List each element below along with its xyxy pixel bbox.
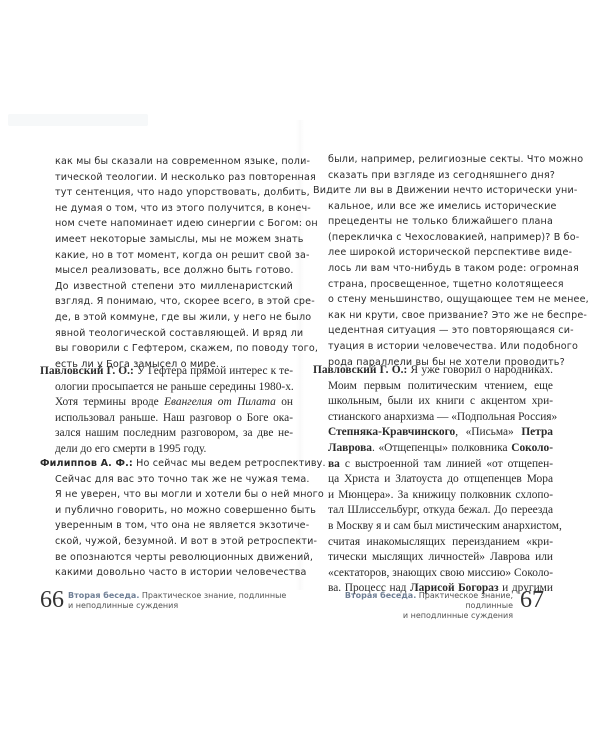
text-line: как мы бы сказали на современном языке, … [55,154,293,170]
text-span: Я уже говорил о народниках. [407,364,553,376]
running-title: Практическое знание, подлинные [416,591,513,610]
text-line: ном счете напоминает идею синергии с Бог… [55,216,293,232]
running-title: и неподлинные суждения [68,601,286,611]
text-line: страна, просвещенное, тщетно колотящееся [328,277,553,293]
italic-title: Евангелия от Пилата [164,396,276,408]
text-line: ва с выстроенной там линией «от отщепен- [328,457,553,473]
text-line: тической теологии. И несколько раз повто… [55,170,293,186]
text-span: Но сейчас мы ведем ретроспективу. [133,458,326,469]
text-line: тал Шлиссельбург, откуда бежал. До перее… [328,503,553,519]
text-line: какие, но в тот момент, когда он решит с… [55,248,293,264]
bold-name: ва [328,458,340,470]
text-line: Павловский Г. О.: Я уже говорил о народн… [313,363,553,379]
text-line: в Москву я и сам был мистическим анархис… [328,519,553,535]
right-pavlovsky-reply: Павловский Г. О.: Я уже говорил о народн… [313,363,553,597]
text-line: уверенным в том, что она не является экз… [55,518,293,534]
text-line: тически мыслящих личностей» Лаврова или [328,550,553,566]
text-line: ологии просыпается не раньше середины 19… [55,380,293,396]
speaker-name: Павловский Г. О.: [313,364,407,376]
text-line: как ни крути, свое призвание? Это же не … [328,308,553,324]
text-line: использовал раньше. Наш разговор о Боге … [55,411,293,427]
text-line: Сейчас для вас это точно так же не чужая… [55,472,293,488]
text-line: Степняка-Кравчинского, «Письма» Петра [328,425,553,441]
right-page: были, например, религиозные секты. Что м… [300,0,600,750]
text-line: тут сентенция, что надо упорствовать, до… [55,185,293,201]
left-para-continued: как мы бы сказали на современном языке, … [55,154,293,372]
text-line: туация в истории человечества. Или подоб… [328,339,553,355]
text-line: (перекличка с Чехословакией, например)? … [328,230,553,246]
text-line: о стену меньшинство, ощущающее тем не ме… [328,292,553,308]
text-span: он [276,396,293,408]
text-line: Хотя термины вроде Евангелия от Пилата о… [55,395,293,411]
text-line: ца Христа и Златоуста до отщепенцев Мора [328,472,553,488]
left-pavlovsky-reply: Павловский Г. О.: У Гефтера прямой интер… [40,364,293,458]
text-line: де, в этой коммуне, где вы жили, у него … [55,310,293,326]
chapter-label: Вторая беседа. [68,591,139,600]
right-question: Видите ли вы в Движении нечто историческ… [313,183,553,370]
text-line: не думая о том, что из этого получится, … [55,201,293,217]
text-line: были, например, религиозные секты. Что м… [328,152,553,168]
left-page: как мы бы сказали на современном языке, … [0,0,300,750]
text-span: с выстроенной там линией «от отщепен- [340,458,553,470]
text-span: Хотя термины вроде [55,396,164,408]
text-span: , «Письма» [455,426,521,438]
running-title: Практическое знание, подлинные [139,591,286,600]
bold-name: Лаврова [328,442,372,454]
running-title: и неподлинные суждения [333,611,513,621]
text-line: Моим первым политическим чтением, еще [328,379,553,395]
left-filippov-question: Филиппов А. Ф.: Но сейчас мы ведем ретро… [40,456,293,581]
text-line: Филиппов А. Ф.: Но сейчас мы ведем ретро… [40,456,293,472]
text-line: и публично говорить, но можно совершенно… [55,503,293,519]
text-line: прецеденты не только ближайшего плана [328,214,553,230]
text-line: «сектаторов, знающих свою миссию» Соколо… [328,566,553,582]
page-number: 66 [40,588,64,612]
chapter-label: Вторая беседа. [345,591,416,600]
speaker-name: Павловский Г. О.: [40,365,134,377]
text-line: и Мюнцера». За книжицу полковник схлопо- [328,488,553,504]
text-line: До известной степени это милленаристский [55,279,293,295]
bold-name: Соколо- [511,442,553,454]
running-head: Вторая беседа. Практическое знание, подл… [68,591,286,611]
text-line: ской, чужой, безумной. И вот в этой ретр… [55,534,293,550]
text-line: Лаврова. «Отщепенцы» полковника Соколо- [328,441,553,457]
text-line: явной теологической составляющей. И вряд… [55,326,293,342]
text-line: Видите ли вы в Движении нечто историческ… [313,183,553,199]
right-para-continued: были, например, религиозные секты. Что м… [328,152,553,183]
bleed-through-artifact [8,114,148,126]
text-line: цедентная ситуация — это повторяющаяся с… [328,323,553,339]
text-line: ве опознаются черты революционных движен… [55,550,293,566]
bold-name: Степняка-Кравчинского [328,426,455,438]
text-line: считая инакомыслящих переизданием «кри- [328,535,553,551]
text-line: лось ли вам что-нибудь в таком роде: огр… [328,261,553,277]
text-line: имеет некоторые замыслы, мы не можем зна… [55,232,293,248]
text-line: сказать при взгляде из сегодняшнего дня? [328,168,553,184]
text-line: какими довольно часто в истории человече… [55,565,293,581]
text-span: . «Отщепенцы» полковника [372,442,511,454]
page-number: 67 [520,588,544,612]
text-line: вы говорили с Гефтером, скажем, по повод… [55,341,293,357]
text-line: Павловский Г. О.: У Гефтера прямой интер… [40,364,293,380]
bold-name: Петра [521,426,553,438]
text-line: Я не уверен, что вы могли и хотели бы о … [55,487,293,503]
text-line: кальное, или все же имелись исторические [328,199,553,215]
text-line: взгляд. Я понимаю, что, скорее всего, в … [55,294,293,310]
speaker-name: Филиппов А. Ф.: [40,458,133,469]
running-head: Вторая беседа. Практическое знание, подл… [333,591,513,621]
text-line: зался нашим последним разговором, за две… [55,426,293,442]
text-line: мысел реализовать, все должно быть готов… [55,263,293,279]
text-line: школьным, были их книги с акцентом хри- [328,394,553,410]
text-line: лее широкой исторической перспективе вид… [328,245,553,261]
text-span: У Гефтера прямой интерес к те- [134,365,293,377]
text-line: стианского анархизма — «Подпольная Росси… [328,410,553,426]
